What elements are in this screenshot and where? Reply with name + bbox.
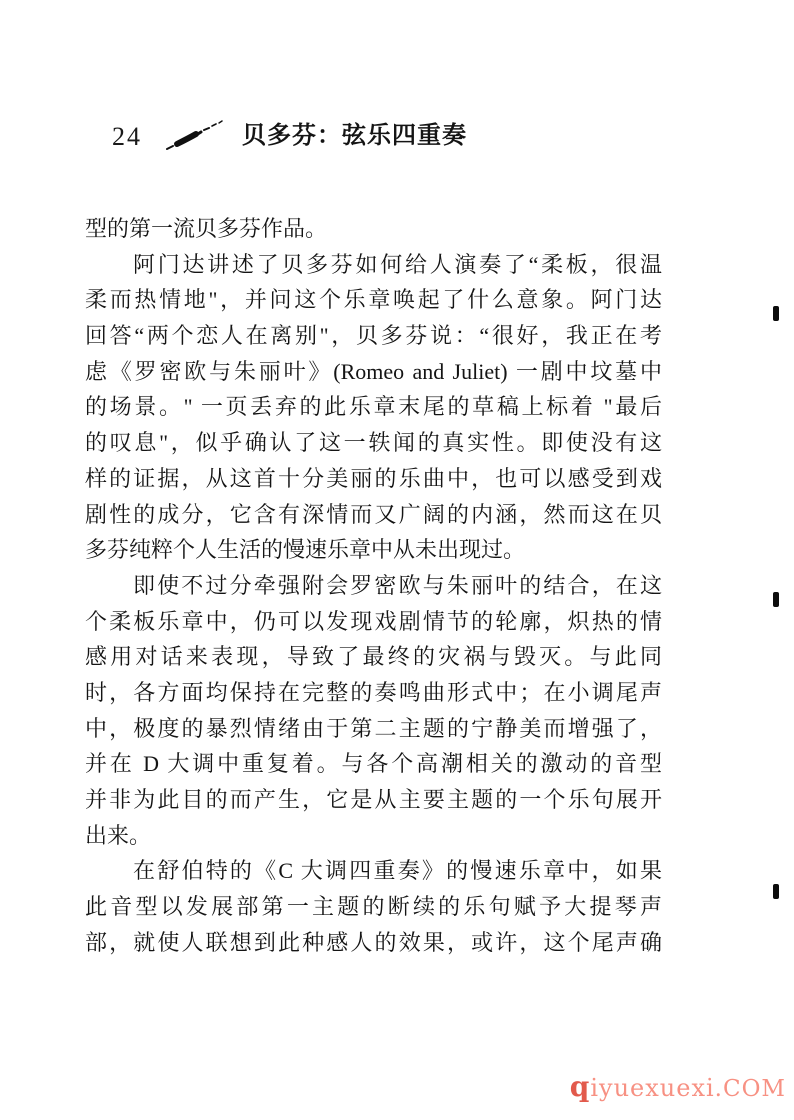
page-edge-mark [773, 306, 779, 321]
page-number: 24 [112, 122, 142, 152]
text-line: 个柔板乐章中，仍可以发现戏剧情节的轮廓，炽热的情 [85, 604, 662, 640]
text-line: 出来。 [85, 818, 662, 854]
text-line: 的场景。" 一页丢弃的此乐章末尾的草稿上标着 "最后 [85, 389, 662, 425]
pen-flourish-icon [163, 116, 225, 154]
text-line: 此音型以发展部第一主题的断续的乐句赋予大提琴声 [85, 889, 662, 925]
text-line: 并在 D 大调中重复着。与各个高潮相关的激动的音型 [85, 746, 662, 782]
page-edge-mark [773, 884, 779, 899]
text-line: 多芬纯粹个人生活的慢速乐章中从未出现过。 [85, 532, 662, 568]
running-title: 贝多芬：弦乐四重奏 [242, 121, 467, 151]
watermark-suffix: .COM [715, 1076, 786, 1102]
text-line: 样的证据，从这首十分美丽的乐曲中，也可以感受到戏 [85, 461, 662, 497]
text-line: 感用对话来表现，导致了最终的灾祸与毁灭。与此同 [85, 639, 662, 675]
text-line: 虑《罗密欧与朱丽叶》(Romeo and Juliet) 一剧中坟墓中 [85, 354, 662, 390]
book-page: 24 贝多芬：弦乐四重奏 型的第一流贝多芬作品。阿门达讲述了贝多芬如何给人演奏了… [0, 0, 794, 1120]
text-line: 的叹息"，似乎确认了这一轶闻的真实性。即使没有这 [85, 425, 662, 461]
text-line: 型的第一流贝多芬作品。 [85, 211, 662, 247]
text-line: 柔而热情地"，并问这个乐章唤起了什么意象。阿门达 [85, 282, 662, 318]
text-line: 剧性的成分，它含有深情而又广阔的内涵，然而这在贝 [85, 497, 662, 533]
text-line: 回答“两个恋人在离别"，贝多芬说：“很好，我正在考 [85, 318, 662, 354]
text-line: 中，极度的暴烈情绪由于第二主题的宁静美而增强了， [85, 711, 662, 747]
body-text: 型的第一流贝多芬作品。阿门达讲述了贝多芬如何给人演奏了“柔板，很温柔而热情地"，… [85, 211, 662, 960]
page-edge-mark [773, 592, 779, 607]
text-line: 阿门达讲述了贝多芬如何给人演奏了“柔板，很温 [85, 247, 662, 283]
text-line: 时，各方面均保持在完整的奏鸣曲形式中；在小调尾声 [85, 675, 662, 711]
text-line: 即使不过分牵强附会罗密欧与朱丽叶的结合，在这 [85, 568, 662, 604]
text-line: 在舒伯特的《C 大调四重奏》的慢速乐章中，如果 [85, 853, 662, 889]
text-line: 部，就使人联想到此种感人的效果，或许，这个尾声确 [85, 925, 662, 961]
watermark: qiyuexuexi.COM [570, 1070, 786, 1103]
text-line: 并非为此目的而产生，它是从主要主题的一个乐句展开 [85, 782, 662, 818]
watermark-rest: iyuexuexi [590, 1074, 714, 1102]
watermark-lead: q [570, 1070, 591, 1103]
